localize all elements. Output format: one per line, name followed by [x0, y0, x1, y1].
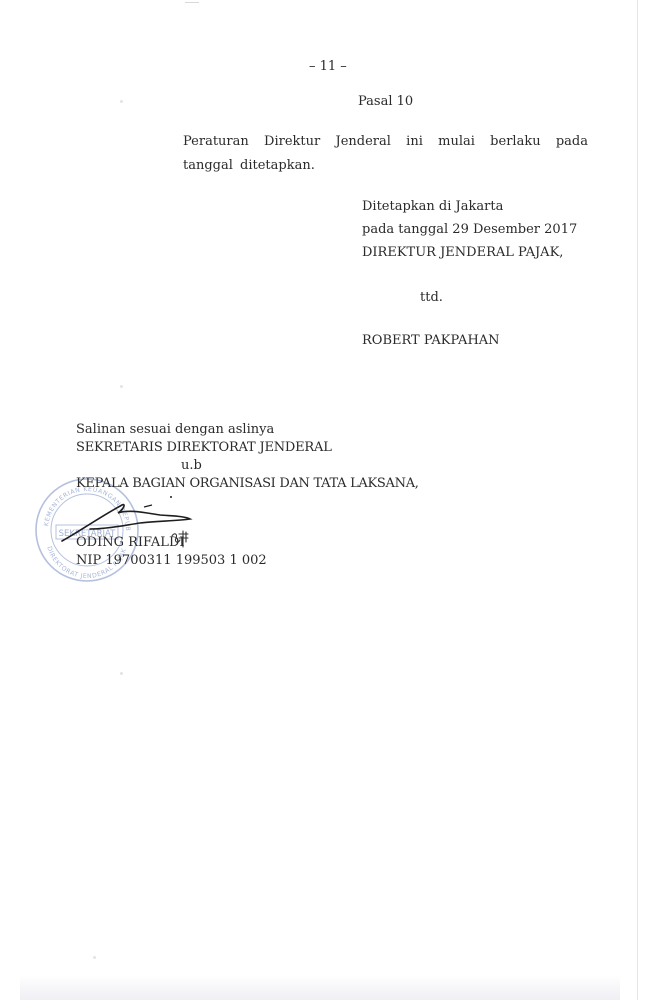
- certified-copy-organization: SEKRETARIS DIREKTORAT JENDERAL: [76, 440, 332, 456]
- certifier-name: ODING RIFALDI: [76, 535, 185, 551]
- certified-copy-note: Salinan sesuai dengan aslinya: [76, 422, 274, 438]
- article-title: Pasal 10: [358, 94, 413, 110]
- document-page: – 11 – Pasal 10 Peraturan Direktur Jende…: [0, 0, 653, 1000]
- initials-icon: [170, 530, 190, 548]
- signature-date: pada tanggal 29 Desember 2017: [362, 222, 577, 238]
- on-behalf-mark: u.b: [181, 458, 202, 474]
- page-number: – 11 –: [309, 59, 347, 75]
- body-paragraph: Peraturan Direktur Jenderal ini mulai be…: [183, 130, 588, 178]
- signature-place: Ditetapkan di Jakarta: [362, 199, 503, 215]
- scan-speck: [93, 956, 96, 959]
- signed-mark: ttd.: [420, 290, 443, 306]
- signatory-title: DIREKTUR JENDERAL PAJAK,: [362, 245, 563, 261]
- certifier-nip: NIP 19700311 199503 1 002: [76, 553, 267, 569]
- page-edge-line: [637, 0, 638, 1000]
- scan-speck: [120, 100, 123, 103]
- scan-mark: [185, 2, 199, 3]
- scan-shadow: [20, 975, 620, 1000]
- signatory-name: ROBERT PAKPAHAN: [362, 333, 500, 349]
- scan-speck: [120, 385, 123, 388]
- scan-speck: [120, 672, 123, 675]
- certified-copy-department: KEPALA BAGIAN ORGANISASI DAN TATA LAKSAN…: [76, 476, 419, 492]
